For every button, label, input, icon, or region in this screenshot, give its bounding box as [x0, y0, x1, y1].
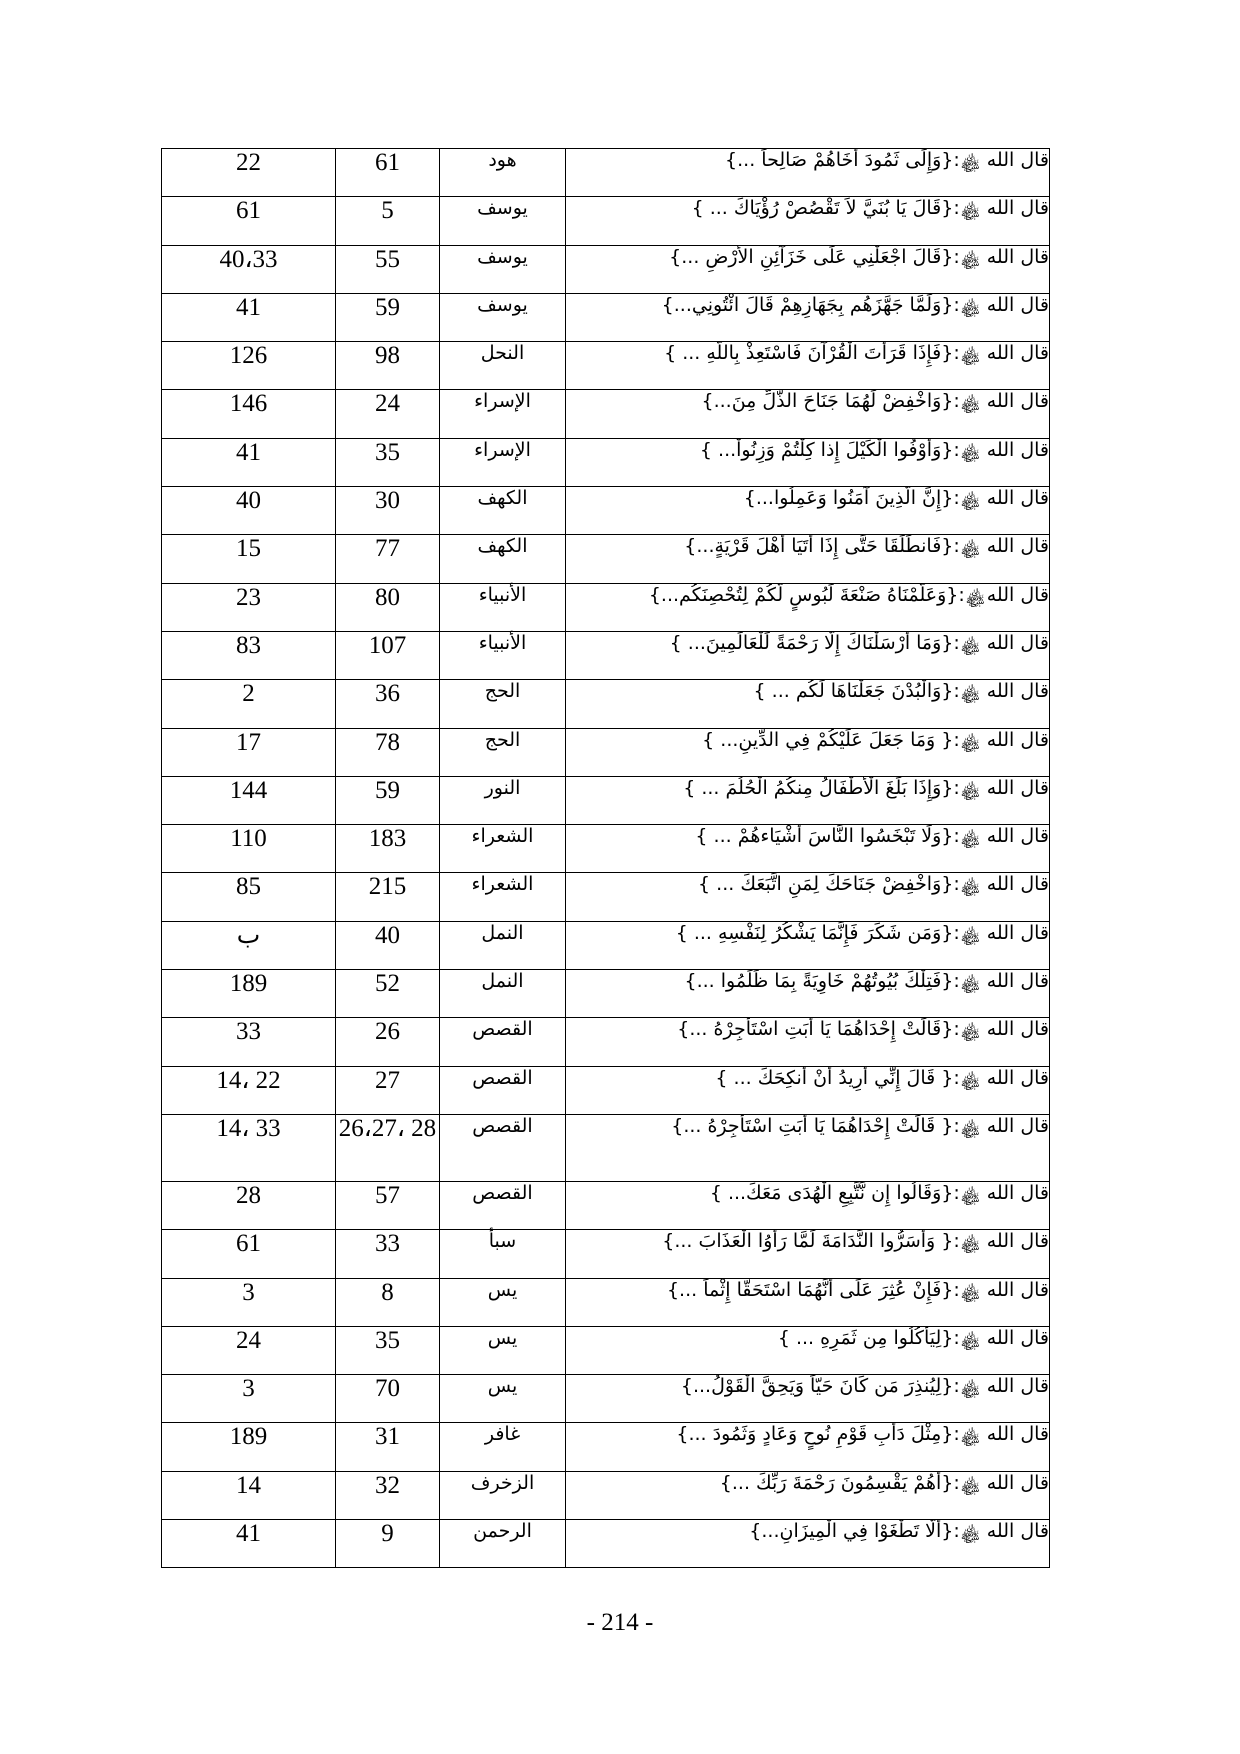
- reference-pages-cell: 41: [162, 438, 336, 486]
- honorific-glyph-icon: ﷾: [961, 1121, 980, 1136]
- verse-text: :{وَمَا أَرْسَلْنَاكَ إِلَّا رَحْمَةً لِ…: [670, 632, 960, 654]
- honorific-glyph-icon: ﷾: [961, 686, 980, 701]
- ayah-number-cell: 33: [336, 1230, 440, 1278]
- verse-index-table: 22 61 هود قال الله﷾:{وَإِلَى ثَمُودَ أَخ…: [161, 148, 1050, 1568]
- ayah-number-cell: 40: [336, 921, 440, 969]
- honorific-glyph-icon: ﷾: [961, 1285, 980, 1300]
- verse-text: :{أَلَّا تَطْغَوْا فِي الْمِيزَانِ...}: [749, 1520, 959, 1542]
- verse-text-cell: قال الله﷾:{قَالَتْ إِحْدَاهُمَا يَا أَبَ…: [566, 1018, 1050, 1066]
- surah-name-cell: النمل: [440, 970, 566, 1018]
- honorific-glyph-icon: ﷾: [961, 1024, 980, 1039]
- reference-pages-cell: 23: [162, 583, 336, 631]
- verse-prefix: قال الله: [987, 825, 1049, 847]
- table-row: 28 57 القصص قال الله﷾:{وَقَالُوا إِن نَّ…: [162, 1181, 1050, 1229]
- ayah-number-cell: 77: [336, 535, 440, 583]
- surah-name-cell: الحج: [440, 728, 566, 776]
- verse-prefix: قال الله: [987, 294, 1049, 316]
- verse-prefix: قال الله: [987, 1115, 1049, 1137]
- surah-name-cell: يوسف: [440, 197, 566, 245]
- verse-text-cell: قال الله﷾:{وَقَالُوا إِن نَّتَّبِعِ الْه…: [566, 1181, 1050, 1229]
- surah-name-cell: النمل: [440, 921, 566, 969]
- reference-pages-cell: ب: [162, 921, 336, 969]
- verse-text-cell: قال الله﷾:{وَأَوْفُوا الْكَيْلَ إِذا كِل…: [566, 438, 1050, 486]
- document-page: 22 61 هود قال الله﷾:{وَإِلَى ثَمُودَ أَخ…: [0, 0, 1240, 1754]
- reference-pages-cell: 83: [162, 631, 336, 679]
- verse-text: :{ قَالَ إِنِّي أُرِيدُ أَنْ أُنكِحَكَ .…: [715, 1067, 959, 1089]
- verse-text-cell: قال الله﷾:{ قَالَ إِنِّي أُرِيدُ أَنْ أُ…: [566, 1066, 1050, 1114]
- verse-prefix: قال الله: [987, 1423, 1049, 1445]
- honorific-glyph-icon: ﷾: [961, 638, 980, 653]
- ayah-number-cell: 57: [336, 1181, 440, 1229]
- verse-text: :{قَالَ اجْعَلْنِي عَلَى خَزَآئِنِ الأَر…: [669, 246, 960, 268]
- verse-text: :{فَإِنْ عُثِرَ عَلَى أَنَّهُمَا اسْتَحَ…: [667, 1279, 960, 1301]
- table-row: 41 35 الإسراء قال الله﷾:{وَأَوْفُوا الْك…: [162, 438, 1050, 486]
- verse-prefix: قال الله: [987, 390, 1049, 412]
- reference-pages-cell: 41: [162, 293, 336, 341]
- reference-pages-cell: 3: [162, 1278, 336, 1326]
- reference-pages-cell: 40: [162, 487, 336, 535]
- honorific-glyph-icon: ﷾: [961, 879, 980, 894]
- table-row: 15 77 الكهف قال الله﷾:{فَانطَلَقَا حَتَّ…: [162, 535, 1050, 583]
- honorific-glyph-icon: ﷾: [961, 252, 980, 267]
- table-row: 144 59 النور قال الله﷾:{وَإِذَا بَلَغَ ا…: [162, 776, 1050, 824]
- verse-prefix: قال الله: [987, 1230, 1049, 1252]
- verse-text-cell: قال الله﷾:{فَإِذَا قَرَأْتَ الْقُرْآنَ ف…: [566, 342, 1050, 390]
- ayah-number-cell: 35: [336, 1326, 440, 1374]
- ayah-number-cell: 80: [336, 583, 440, 631]
- ayah-number-cell: 98: [336, 342, 440, 390]
- verse-text: :{ وَأَسَرُّوا النَّدَامَةَ لَمَّا رَأَو…: [662, 1230, 960, 1252]
- ayah-number-cell: 61: [336, 149, 440, 197]
- honorific-glyph-icon: ﷾: [961, 348, 980, 363]
- verse-prefix: قال الله: [987, 1018, 1049, 1040]
- surah-name-cell: الكهف: [440, 487, 566, 535]
- surah-name-cell: النحل: [440, 342, 566, 390]
- honorific-glyph-icon: ﷾: [961, 541, 980, 556]
- ayah-number-cell: 59: [336, 776, 440, 824]
- honorific-glyph-icon: ﷾: [961, 831, 980, 846]
- table-row: 61 33 سبأ قال الله﷾:{ وَأَسَرُّوا النَّد…: [162, 1230, 1050, 1278]
- reference-pages-cell: 85: [162, 873, 336, 921]
- verse-text: :{قَالَ يَا بُنَيَّ لاَ تَقْصُصْ رُؤْيَا…: [692, 197, 960, 219]
- reference-pages-cell: 24: [162, 1326, 336, 1374]
- verse-prefix: قال الله: [987, 729, 1049, 751]
- verse-prefix: قال الله: [987, 680, 1049, 702]
- verse-text: :{وَقَالُوا إِن نَّتَّبِعِ الْهُدَى مَعَ…: [710, 1182, 960, 1204]
- reference-pages-cell: 17: [162, 728, 336, 776]
- verse-text-cell: قال الله﷾:{وَعَلَّمْنَاهُ صَنْعَةَ لَبُو…: [566, 583, 1050, 631]
- verse-text-cell: قال الله﷾:{إِنَّ الَّذِينَ آمَنُوا وَعَم…: [566, 487, 1050, 535]
- reference-pages-cell: 15: [162, 535, 336, 583]
- table-row: 14، 33 26،27، 28 القصص قال الله﷾:{ قَالَ…: [162, 1114, 1050, 1181]
- verse-prefix: قال الله: [987, 1375, 1049, 1397]
- surah-name-cell: القصص: [440, 1066, 566, 1114]
- table-row: 23 80 الأنبياء قال الله﷾:{وَعَلَّمْنَاهُ…: [162, 583, 1050, 631]
- ayah-number-cell: 8: [336, 1278, 440, 1326]
- ayah-number-cell: 31: [336, 1423, 440, 1471]
- honorific-glyph-icon: ﷾: [961, 1429, 980, 1444]
- ayah-number-cell: 26،27، 28: [336, 1114, 440, 1181]
- surah-name-cell: سبأ: [440, 1230, 566, 1278]
- surah-name-cell: القصص: [440, 1181, 566, 1229]
- honorific-glyph-icon: ﷾: [961, 396, 980, 411]
- table-row: 3 8 يس قال الله﷾:{فَإِنْ عُثِرَ عَلَى أَ…: [162, 1278, 1050, 1326]
- table-row: 3 70 يس قال الله﷾:{لِيُنذِرَ مَن كَانَ ح…: [162, 1375, 1050, 1423]
- surah-name-cell: يس: [440, 1326, 566, 1374]
- ayah-number-cell: 5: [336, 197, 440, 245]
- reference-pages-cell: 144: [162, 776, 336, 824]
- surah-name-cell: الأنبياء: [440, 583, 566, 631]
- honorific-glyph-icon: ﷾: [961, 1478, 980, 1493]
- verse-prefix: قال الله: [987, 922, 1049, 944]
- verse-prefix: قال الله: [987, 149, 1049, 171]
- verse-text-cell: قال الله﷾:{مِثْلَ دَأْبِ قَوْمِ نُوحٍ وَ…: [566, 1423, 1050, 1471]
- surah-name-cell: الحج: [440, 680, 566, 728]
- honorific-glyph-icon: ﷾: [961, 445, 980, 460]
- verse-text-cell: قال الله﷾:{ قَالَتْ إِحْدَاهُمَا يَا أَب…: [566, 1114, 1050, 1181]
- verse-prefix: قال الله: [987, 487, 1049, 509]
- reference-pages-cell: 14، 33: [162, 1114, 336, 1181]
- verse-text: :{أَهُمْ يَقْسِمُونَ رَحْمَةَ رَبِّكَ ..…: [720, 1472, 960, 1494]
- verse-text-cell: قال الله﷾:{فَتِلْكَ بُيُوتُهُمْ خَاوِيَة…: [566, 970, 1050, 1018]
- verse-text: :{مِثْلَ دَأْبِ قَوْمِ نُوحٍ وَعَادٍ وَث…: [676, 1423, 959, 1445]
- verse-text-cell: قال الله﷾:{لِيُنذِرَ مَن كَانَ حَيّاً وَ…: [566, 1375, 1050, 1423]
- verse-prefix: قال الله: [987, 535, 1049, 557]
- surah-name-cell: غافر: [440, 1423, 566, 1471]
- verse-text: :{وَعَلَّمْنَاهُ صَنْعَةَ لَبُوسٍ لَّكُم…: [649, 584, 965, 606]
- table-row: 40 30 الكهف قال الله﷾:{إِنَّ الَّذِينَ آ…: [162, 487, 1050, 535]
- verse-text-cell: قال الله﷾:{وَاخْفِضْ جَنَاحَكَ لِمَنِ ات…: [566, 873, 1050, 921]
- surah-name-cell: يوسف: [440, 245, 566, 293]
- verse-text: :{فَإِذَا قَرَأْتَ الْقُرْآنَ فَاسْتَعِذ…: [664, 342, 960, 364]
- reference-pages-cell: 40،33: [162, 245, 336, 293]
- ayah-number-cell: 35: [336, 438, 440, 486]
- verse-text: :{فَانطَلَقَا حَتَّى إِذَا أَتَيَا أَهْل…: [684, 535, 959, 557]
- honorific-glyph-icon: ﷾: [961, 300, 980, 315]
- verse-text: :{وَاخْفِضْ جَنَاحَكَ لِمَنِ اتَّبَعَكَ …: [698, 873, 960, 895]
- ayah-number-cell: 36: [336, 680, 440, 728]
- verse-text: :{وَأَوْفُوا الْكَيْلَ إِذا كِلْتُمْ وَز…: [700, 439, 960, 461]
- surah-name-cell: الشعراء: [440, 825, 566, 873]
- honorific-glyph-icon: ﷾: [961, 1236, 980, 1251]
- ayah-number-cell: 24: [336, 390, 440, 438]
- reference-pages-cell: 110: [162, 825, 336, 873]
- surah-name-cell: يس: [440, 1278, 566, 1326]
- table-row: 2 36 الحج قال الله﷾:{وَالْبُدْنَ جَعَلْن…: [162, 680, 1050, 728]
- honorific-glyph-icon: ﷾: [961, 203, 980, 218]
- verse-text: :{وَإِذَا بَلَغَ الْأَطْفَالُ مِنكُمُ ال…: [683, 777, 960, 799]
- verse-text-cell: قال الله﷾:{ وَأَسَرُّوا النَّدَامَةَ لَم…: [566, 1230, 1050, 1278]
- verse-prefix: قال الله: [987, 873, 1049, 895]
- verse-text: :{لِيُنذِرَ مَن كَانَ حَيّاً وَيَحِقَّ ا…: [681, 1375, 960, 1397]
- table-row: 126 98 النحل قال الله﷾:{فَإِذَا قَرَأْتَ…: [162, 342, 1050, 390]
- surah-name-cell: الزخرف: [440, 1471, 566, 1519]
- reference-pages-cell: 61: [162, 1230, 336, 1278]
- verse-text-cell: قال الله﷾:{فَإِنْ عُثِرَ عَلَى أَنَّهُمَ…: [566, 1278, 1050, 1326]
- page-number: - 214 -: [0, 1609, 1240, 1637]
- verse-text-cell: قال الله﷾:{أَلَّا تَطْغَوْا فِي الْمِيزَ…: [566, 1520, 1050, 1568]
- reference-pages-cell: 28: [162, 1181, 336, 1229]
- table-row: 189 52 النمل قال الله﷾:{فَتِلْكَ بُيُوتُ…: [162, 970, 1050, 1018]
- reference-pages-cell: 189: [162, 970, 336, 1018]
- verse-prefix: قال الله: [987, 342, 1049, 364]
- verse-text-cell: قال الله﷾:{لِيَأْكُلُوا مِن ثَمَرِهِ ...…: [566, 1326, 1050, 1374]
- verse-text: :{ قَالَتْ إِحْدَاهُمَا يَا أَبَتِ اسْتَ…: [671, 1115, 960, 1137]
- verse-text: :{وَاخْفِضْ لَهُمَا جَنَاحَ الذُّلِّ مِن…: [701, 390, 959, 412]
- surah-name-cell: الشعراء: [440, 873, 566, 921]
- ayah-number-cell: 215: [336, 873, 440, 921]
- reference-pages-cell: 61: [162, 197, 336, 245]
- verse-text: :{لِيَأْكُلُوا مِن ثَمَرِهِ ... }: [778, 1327, 960, 1349]
- surah-name-cell: الرحمن: [440, 1520, 566, 1568]
- surah-name-cell: الإسراء: [440, 438, 566, 486]
- verse-text: :{وَالْبُدْنَ جَعَلْنَاهَا لَكُم ... }: [754, 680, 960, 702]
- table-row: 61 5 يوسف قال الله﷾:{قَالَ يَا بُنَيَّ ل…: [162, 197, 1050, 245]
- verse-text: :{فَتِلْكَ بُيُوتُهُمْ خَاوِيَةً بِمَا ظ…: [684, 970, 959, 992]
- verse-prefix: قال الله: [987, 439, 1049, 461]
- reference-pages-cell: 2: [162, 680, 336, 728]
- verse-text-cell: قال الله﷾:{ وَمَا جَعَلَ عَلَيْكُمْ فِي …: [566, 728, 1050, 776]
- reference-pages-cell: 189: [162, 1423, 336, 1471]
- verse-text: :{وَإِلَى ثَمُودَ أَخَاهُمْ صَالِحاً ...…: [725, 149, 960, 171]
- table-row: 33 26 القصص قال الله﷾:{قَالَتْ إِحْدَاهُ…: [162, 1018, 1050, 1066]
- table-row: 189 31 غافر قال الله﷾:{مِثْلَ دَأْبِ قَو…: [162, 1423, 1050, 1471]
- verse-prefix: قال الله: [987, 1327, 1049, 1349]
- verse-text: :{إِنَّ الَّذِينَ آمَنُوا وَعَمِلُوا...}: [744, 487, 960, 509]
- verse-prefix: قال الله: [987, 1472, 1049, 1494]
- verse-prefix: قال الله: [987, 584, 1049, 606]
- verse-text: :{وَمَن شَكَرَ فَإِنَّمَا يَشْكُرُ لِنَف…: [676, 922, 960, 944]
- reference-pages-cell: 14، 22: [162, 1066, 336, 1114]
- table-row: 41 59 يوسف قال الله﷾:{وَلَمَّا جَهَّزَهُ…: [162, 293, 1050, 341]
- verse-text-cell: قال الله﷾:{وَمَن شَكَرَ فَإِنَّمَا يَشْك…: [566, 921, 1050, 969]
- ayah-number-cell: 9: [336, 1520, 440, 1568]
- verse-prefix: قال الله: [987, 777, 1049, 799]
- verse-prefix: قال الله: [987, 197, 1049, 219]
- table-row: 83 107 الأنبياء قال الله﷾:{وَمَا أَرْسَل…: [162, 631, 1050, 679]
- reference-pages-cell: 41: [162, 1520, 336, 1568]
- ayah-number-cell: 78: [336, 728, 440, 776]
- verse-text-cell: قال الله﷾:{فَانطَلَقَا حَتَّى إِذَا أَتَ…: [566, 535, 1050, 583]
- verse-prefix: قال الله: [987, 1182, 1049, 1204]
- surah-name-cell: الأنبياء: [440, 631, 566, 679]
- surah-name-cell: هود: [440, 149, 566, 197]
- verse-text: :{وَلَمَّا جَهَّزَهُم بِجَهَازِهِمْ قَال…: [662, 294, 960, 316]
- surah-name-cell: القصص: [440, 1114, 566, 1181]
- honorific-glyph-icon: ﷾: [961, 155, 980, 170]
- ayah-number-cell: 26: [336, 1018, 440, 1066]
- verse-prefix: قال الله: [987, 632, 1049, 654]
- honorific-glyph-icon: ﷾: [961, 1526, 980, 1541]
- ayah-number-cell: 30: [336, 487, 440, 535]
- surah-name-cell: يوسف: [440, 293, 566, 341]
- honorific-glyph-icon: ﷾: [961, 976, 980, 991]
- ayah-number-cell: 55: [336, 245, 440, 293]
- reference-pages-cell: 126: [162, 342, 336, 390]
- verse-text-cell: قال الله﷾:{وَإِلَى ثَمُودَ أَخَاهُمْ صَا…: [566, 149, 1050, 197]
- ayah-number-cell: 27: [336, 1066, 440, 1114]
- verse-prefix: قال الله: [987, 1520, 1049, 1542]
- table-row: 14 32 الزخرف قال الله﷾:{أَهُمْ يَقْسِمُو…: [162, 1471, 1050, 1519]
- verse-prefix: قال الله: [987, 1067, 1049, 1089]
- ayah-number-cell: 59: [336, 293, 440, 341]
- surah-name-cell: القصص: [440, 1018, 566, 1066]
- verse-table-body: 22 61 هود قال الله﷾:{وَإِلَى ثَمُودَ أَخ…: [162, 149, 1050, 1568]
- table-row: 14، 22 27 القصص قال الله﷾:{ قَالَ إِنِّي…: [162, 1066, 1050, 1114]
- ayah-number-cell: 107: [336, 631, 440, 679]
- table-row: 17 78 الحج قال الله﷾:{ وَمَا جَعَلَ عَلَ…: [162, 728, 1050, 776]
- surah-name-cell: يس: [440, 1375, 566, 1423]
- ayah-number-cell: 70: [336, 1375, 440, 1423]
- honorific-glyph-icon: ﷾: [961, 1073, 980, 1088]
- honorific-glyph-icon: ﷾: [961, 1333, 980, 1348]
- honorific-glyph-icon: ﷾: [961, 735, 980, 750]
- verse-text-cell: قال الله﷾:{وَالْبُدْنَ جَعَلْنَاهَا لَكُ…: [566, 680, 1050, 728]
- honorific-glyph-icon: ﷾: [961, 1381, 980, 1396]
- honorific-glyph-icon: ﷾: [961, 493, 980, 508]
- ayah-number-cell: 183: [336, 825, 440, 873]
- verse-text: :{وَلَا تَبْخَسُوا النَّاسَ أَشْيَاءهُمْ…: [695, 825, 959, 847]
- verse-text-cell: قال الله﷾:{وَلَا تَبْخَسُوا النَّاسَ أَش…: [566, 825, 1050, 873]
- surah-name-cell: الإسراء: [440, 390, 566, 438]
- table-row: 22 61 هود قال الله﷾:{وَإِلَى ثَمُودَ أَخ…: [162, 149, 1050, 197]
- table-row: 85 215 الشعراء قال الله﷾:{وَاخْفِضْ جَنَ…: [162, 873, 1050, 921]
- verse-text-cell: قال الله﷾:{وَإِذَا بَلَغَ الْأَطْفَالُ م…: [566, 776, 1050, 824]
- ayah-number-cell: 32: [336, 1471, 440, 1519]
- reference-pages-cell: 14: [162, 1471, 336, 1519]
- verse-prefix: قال الله: [987, 246, 1049, 268]
- verse-text: :{قَالَتْ إِحْدَاهُمَا يَا أَبَتِ اسْتَأ…: [677, 1018, 960, 1040]
- verse-text-cell: قال الله﷾:{قَالَ اجْعَلْنِي عَلَى خَزَآئ…: [566, 245, 1050, 293]
- ayah-number-cell: 52: [336, 970, 440, 1018]
- reference-pages-cell: 22: [162, 149, 336, 197]
- verse-prefix: قال الله: [987, 970, 1049, 992]
- verse-prefix: قال الله: [987, 1279, 1049, 1301]
- verse-text-cell: قال الله﷾:{وَلَمَّا جَهَّزَهُم بِجَهَازِ…: [566, 293, 1050, 341]
- reference-pages-cell: 33: [162, 1018, 336, 1066]
- surah-name-cell: النور: [440, 776, 566, 824]
- table-row: 40،33 55 يوسف قال الله﷾:{قَالَ اجْعَلْنِ…: [162, 245, 1050, 293]
- honorific-glyph-icon: ﷾: [961, 928, 980, 943]
- verse-text: :{ وَمَا جَعَلَ عَلَيْكُمْ فِي الدِّينِ.…: [702, 729, 960, 751]
- table-row: ب 40 النمل قال الله﷾:{وَمَن شَكَرَ فَإِن…: [162, 921, 1050, 969]
- reference-pages-cell: 146: [162, 390, 336, 438]
- verse-text-cell: قال الله﷾:{وَمَا أَرْسَلْنَاكَ إِلَّا رَ…: [566, 631, 1050, 679]
- verse-text-cell: قال الله﷾:{قَالَ يَا بُنَيَّ لاَ تَقْصُص…: [566, 197, 1050, 245]
- table-row: 24 35 يس قال الله﷾:{لِيَأْكُلُوا مِن ثَم…: [162, 1326, 1050, 1374]
- verse-text-cell: قال الله﷾:{وَاخْفِضْ لَهُمَا جَنَاحَ الذ…: [566, 390, 1050, 438]
- table-row: 110 183 الشعراء قال الله﷾:{وَلَا تَبْخَس…: [162, 825, 1050, 873]
- honorific-glyph-icon: ﷾: [961, 1188, 980, 1203]
- honorific-glyph-icon: ﷾: [961, 783, 980, 798]
- table-row: 41 9 الرحمن قال الله﷾:{أَلَّا تَطْغَوْا …: [162, 1520, 1050, 1568]
- verse-text-cell: قال الله﷾:{أَهُمْ يَقْسِمُونَ رَحْمَةَ ر…: [566, 1471, 1050, 1519]
- reference-pages-cell: 3: [162, 1375, 336, 1423]
- honorific-glyph-icon: ﷾: [966, 590, 985, 605]
- table-row: 146 24 الإسراء قال الله﷾:{وَاخْفِضْ لَهُ…: [162, 390, 1050, 438]
- surah-name-cell: الكهف: [440, 535, 566, 583]
